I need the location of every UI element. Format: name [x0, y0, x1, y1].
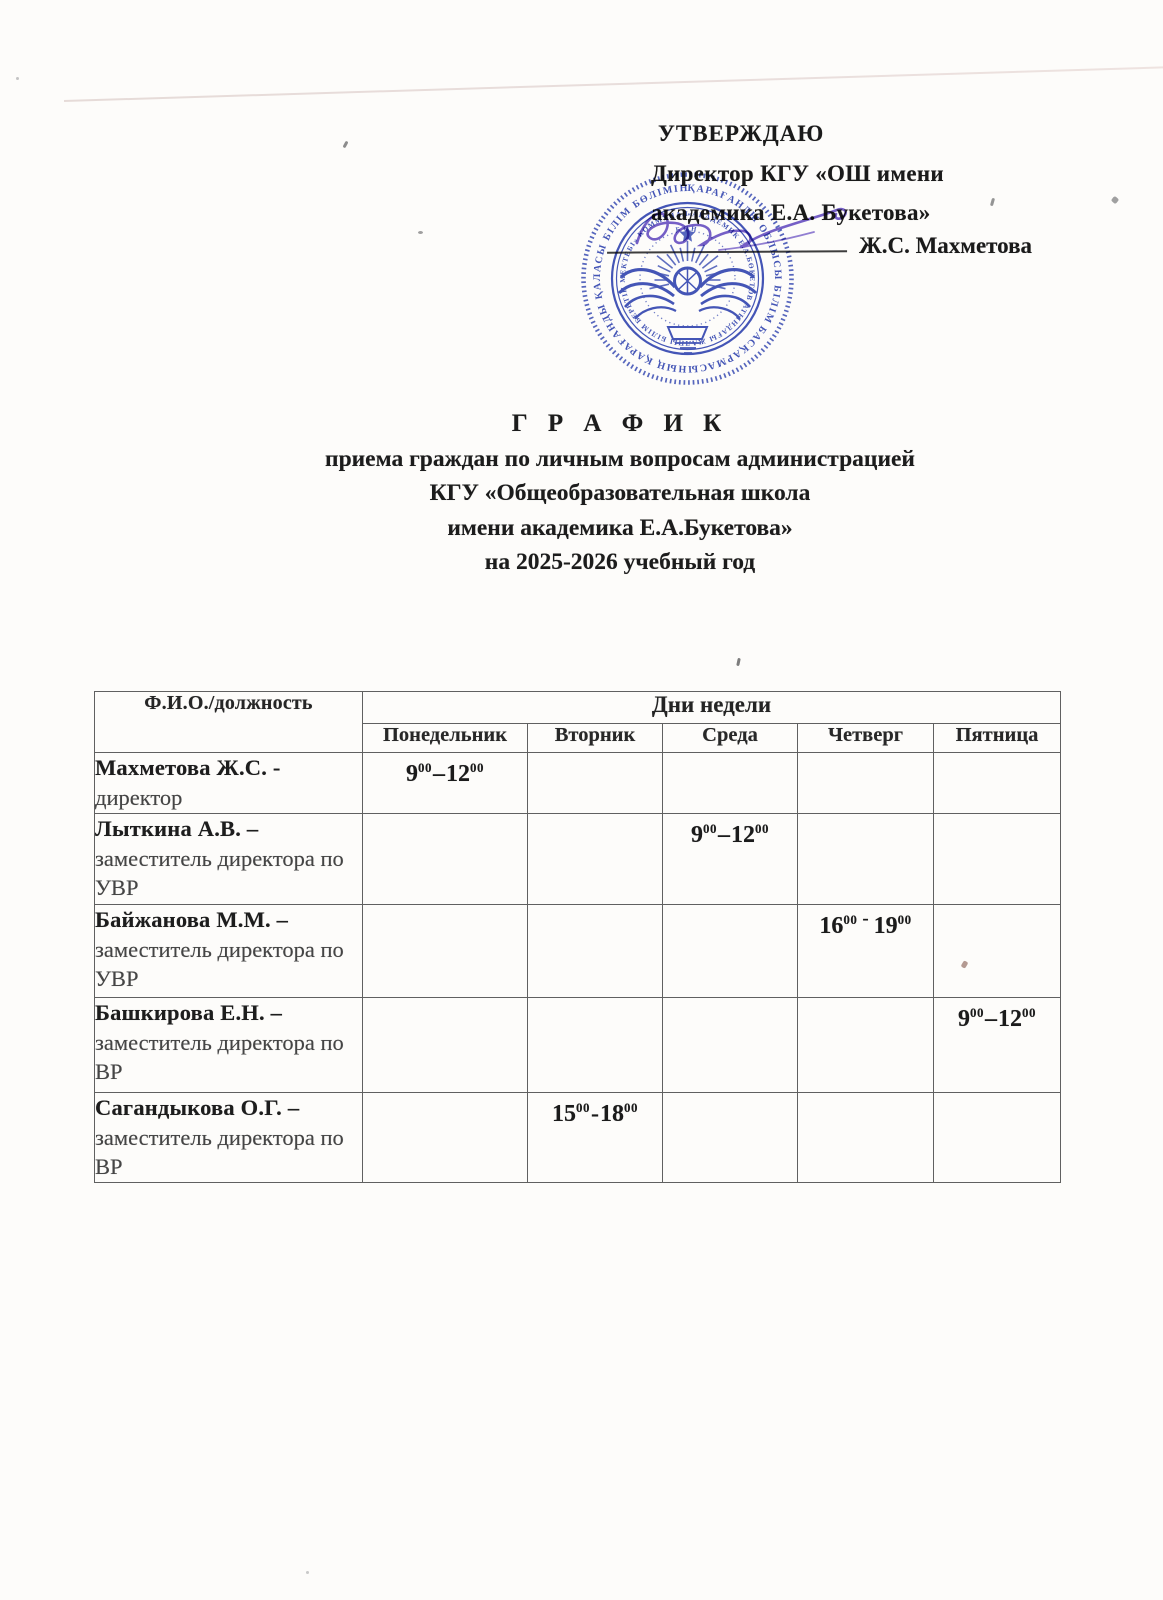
- reception-time: 900–1200: [691, 814, 769, 850]
- table-row-2: Байжанова М.М. –заместитель директора по…: [95, 905, 1061, 998]
- time-separator: -: [590, 1101, 600, 1127]
- scanned-document-page: УТВЕРЖДАЮ Директор КГУ «ОШ имени академи…: [0, 0, 1163, 1600]
- time-cell-1: [528, 814, 663, 905]
- person-position: директор: [95, 783, 362, 813]
- person-position: заместитель директора по ВР: [95, 1028, 362, 1087]
- person-position: заместитель директора по УВР: [95, 844, 362, 903]
- time-cell-1: 1500-1800: [528, 1093, 663, 1183]
- time-from-sup: 00: [970, 1005, 984, 1020]
- time-cell-4: 900–1200: [934, 998, 1061, 1093]
- day-column-header-2: Среда: [663, 724, 798, 753]
- person-position: заместитель директора по УВР: [95, 935, 362, 994]
- time-to-sup: 00: [624, 1100, 638, 1115]
- scan-speck: [736, 658, 741, 666]
- time-cell-2: [663, 753, 798, 814]
- person-name: Лыткина А.В. –: [95, 814, 362, 844]
- table-row-0: Махметова Ж.С. -директор900–1200: [95, 753, 1061, 814]
- time-cell-4: [934, 753, 1061, 814]
- time-to-sup: 00: [898, 912, 912, 927]
- time-to: 12: [446, 761, 470, 787]
- reception-time: 900–1200: [406, 753, 484, 789]
- scan-speck: [343, 141, 349, 149]
- time-separator: –: [432, 761, 446, 787]
- column-header-fio: Ф.И.О./должность: [95, 692, 363, 753]
- schedule-table-body: Махметова Ж.С. -директор900–1200Лыткина …: [95, 753, 1061, 1183]
- time-to: 12: [998, 1006, 1022, 1032]
- time-from-sup: 00: [843, 912, 857, 927]
- time-separator: –: [984, 1006, 998, 1032]
- time-cell-3: [798, 998, 934, 1093]
- person-cell: Сагандыкова О.Г. –заместитель директора …: [95, 1093, 363, 1183]
- time-to: 19: [874, 913, 898, 939]
- time-cell-4: [934, 814, 1061, 905]
- scan-speck: [1111, 196, 1119, 204]
- time-cell-0: [363, 814, 528, 905]
- time-from-sup: 00: [703, 821, 717, 836]
- reception-time: 900–1200: [958, 998, 1036, 1034]
- person-position: заместитель директора по ВР: [95, 1123, 362, 1182]
- time-cell-4: [934, 1093, 1061, 1183]
- time-from: 9: [406, 761, 418, 787]
- time-cell-0: [363, 905, 528, 998]
- column-header-days: Дни недели: [363, 692, 1061, 724]
- person-name: Махметова Ж.С. -: [95, 753, 362, 783]
- time-separator: -: [857, 908, 873, 929]
- time-cell-3: 1600-1900: [798, 905, 934, 998]
- day-column-header-1: Вторник: [528, 724, 663, 753]
- time-separator: –: [717, 822, 731, 848]
- reception-time: 1600-1900: [819, 905, 911, 943]
- title-line-3: КГУ «Общеобразовательная школа: [230, 476, 1010, 511]
- time-from-sup: 00: [418, 760, 432, 775]
- time-cell-2: [663, 998, 798, 1093]
- document-title-block: Г Р А Ф И К приема граждан по личным воп…: [230, 407, 1010, 580]
- time-to: 18: [600, 1101, 624, 1127]
- person-cell: Махметова Ж.С. -директор: [95, 753, 363, 814]
- day-column-header-3: Четверг: [798, 724, 934, 753]
- time-cell-3: [798, 814, 934, 905]
- table-row-4: Сагандыкова О.Г. –заместитель директора …: [95, 1093, 1061, 1183]
- time-cell-0: [363, 1093, 528, 1183]
- scan-edge-line: [64, 66, 1163, 101]
- table-row-1: Лыткина А.В. –заместитель директора по У…: [95, 814, 1061, 905]
- scan-speck: [16, 77, 19, 80]
- title-line-4: имени академика Е.А.Букетова»: [230, 511, 1010, 546]
- time-cell-0: 900–1200: [363, 753, 528, 814]
- scan-speck: [418, 231, 423, 234]
- time-from: 15: [552, 1101, 576, 1127]
- person-cell: Лыткина А.В. –заместитель директора по У…: [95, 814, 363, 905]
- time-cell-1: [528, 998, 663, 1093]
- reception-schedule-table: Ф.И.О./должность Дни недели ПонедельникВ…: [94, 691, 1061, 1183]
- reception-time: 1500-1800: [552, 1093, 638, 1129]
- time-cell-2: [663, 1093, 798, 1183]
- time-cell-3: [798, 1093, 934, 1183]
- time-from: 9: [691, 822, 703, 848]
- time-cell-2: 900–1200: [663, 814, 798, 905]
- time-cell-4: [934, 905, 1061, 998]
- person-name: Байжанова М.М. –: [95, 905, 362, 935]
- person-cell: Байжанова М.М. –заместитель директора по…: [95, 905, 363, 998]
- title-line-5: на 2025-2026 учебный год: [230, 545, 1010, 580]
- time-from: 16: [819, 913, 843, 939]
- approval-heading: УТВЕРЖДАЮ: [658, 114, 1111, 154]
- time-cell-0: [363, 998, 528, 1093]
- signatory-name: Ж.С. Махметова: [859, 233, 1032, 258]
- person-name: Башкирова Е.Н. –: [95, 998, 362, 1028]
- document-title: Г Р А Ф И К: [230, 407, 1010, 442]
- time-to-sup: 00: [470, 760, 484, 775]
- time-cell-3: [798, 753, 934, 814]
- time-from: 9: [958, 1006, 970, 1032]
- time-cell-1: [528, 905, 663, 998]
- table-row-3: Башкирова Е.Н. –заместитель директора по…: [95, 998, 1061, 1093]
- time-to-sup: 00: [755, 821, 769, 836]
- scan-speck: [306, 1571, 309, 1574]
- person-cell: Башкирова Е.Н. –заместитель директора по…: [95, 998, 363, 1093]
- time-to-sup: 00: [1022, 1005, 1036, 1020]
- time-to: 12: [731, 822, 755, 848]
- title-line-2: приема граждан по личным вопросам админи…: [230, 442, 1010, 477]
- person-name: Сагандыкова О.Г. –: [95, 1093, 362, 1123]
- day-column-header-0: Понедельник: [363, 724, 528, 753]
- handwritten-signature: [599, 195, 867, 275]
- time-cell-1: [528, 753, 663, 814]
- time-from-sup: 00: [576, 1100, 590, 1115]
- day-column-header-4: Пятница: [934, 724, 1061, 753]
- time-cell-2: [663, 905, 798, 998]
